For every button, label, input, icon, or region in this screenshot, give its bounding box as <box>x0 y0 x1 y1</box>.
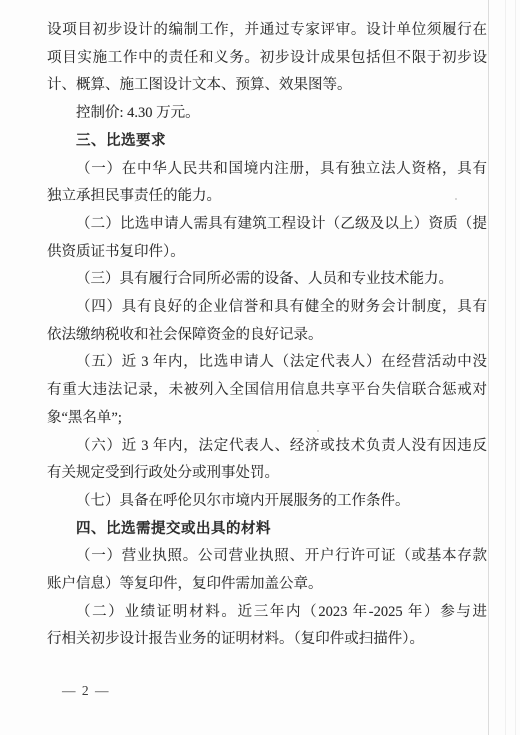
scan-streak-line <box>505 0 506 735</box>
text-line: （一）营业执照。公司营业执照、开户行许可证（或基本存款 <box>47 543 487 571</box>
text-line: 有关规定受到行政处分或刑事处罚。 <box>47 460 487 488</box>
text-line: 依法缴纳税收和社会保障资金的良好记录。 <box>47 322 487 350</box>
heading-section-4: 四、比选需提交或出具的材料 <box>47 516 487 544</box>
text-line: （四）具有良好的企业信誉和具有健全的财务会计制度，具有 <box>47 294 487 322</box>
document-body: 设项目初步设计的编制工作，并通过专家评审。设计单位须履行在 项目实施工作中的责任… <box>47 17 487 654</box>
text-line: 项目实施工作中的责任和义务。初步设计成果包括但不限于初步设 <box>47 45 487 73</box>
text-line: 象“黑名单”; <box>47 405 487 433</box>
text-line: （七）具备在呼伦贝尔市境内开展服务的工作条件。 <box>47 488 487 516</box>
text-line: 有重大违法记录，未被列入全国信用信息共享平台失信联合惩戒对 <box>47 377 487 405</box>
text-line: （五）近 3 年内，比选申请人（法定代表人）在经营活动中没 <box>47 349 487 377</box>
text-line: （三）具有履行合同所必需的设备、人员和专业技术能力。 <box>47 266 487 294</box>
scan-streak-line <box>515 0 516 735</box>
text-line: （六）近 3 年内，法定代表人、经济或技术负责人没有因违反 <box>47 433 487 461</box>
text-line: 独立承担民事责任的能力。 <box>47 183 487 211</box>
heading-section-3: 三、比选要求 <box>47 128 487 156</box>
page-number: — 2 — <box>62 683 110 699</box>
text-line: 设项目初步设计的编制工作，并通过专家评审。设计单位须履行在 <box>47 17 487 45</box>
text-line: （一）在中华人民共和国境内注册，具有独立法人资格，具有 <box>47 156 487 184</box>
document-page: 设项目初步设计的编制工作，并通过专家评审。设计单位须履行在 项目实施工作中的责任… <box>0 0 520 735</box>
text-line: （二）比选申请人需具有建筑工程设计（乙级及以上）资质（提 <box>47 211 487 239</box>
scan-streak-line <box>488 0 489 735</box>
text-line: （二）业绩证明材料。近三年内（2023 年-2025 年）参与进 <box>47 599 487 627</box>
text-line: 账户信息）等复印件，复印件需加盖公章。 <box>47 571 487 599</box>
text-line: 行相关初步设计报告业务的证明材料。（复印件或扫描件）。 <box>47 626 487 654</box>
text-line: 供资质证书复印件）。 <box>47 239 487 267</box>
text-line: 计、概算、施工图设计文本、预算、效果图等。 <box>47 72 487 100</box>
control-price-line: 控制价: 4.30 万元。 <box>47 100 487 128</box>
